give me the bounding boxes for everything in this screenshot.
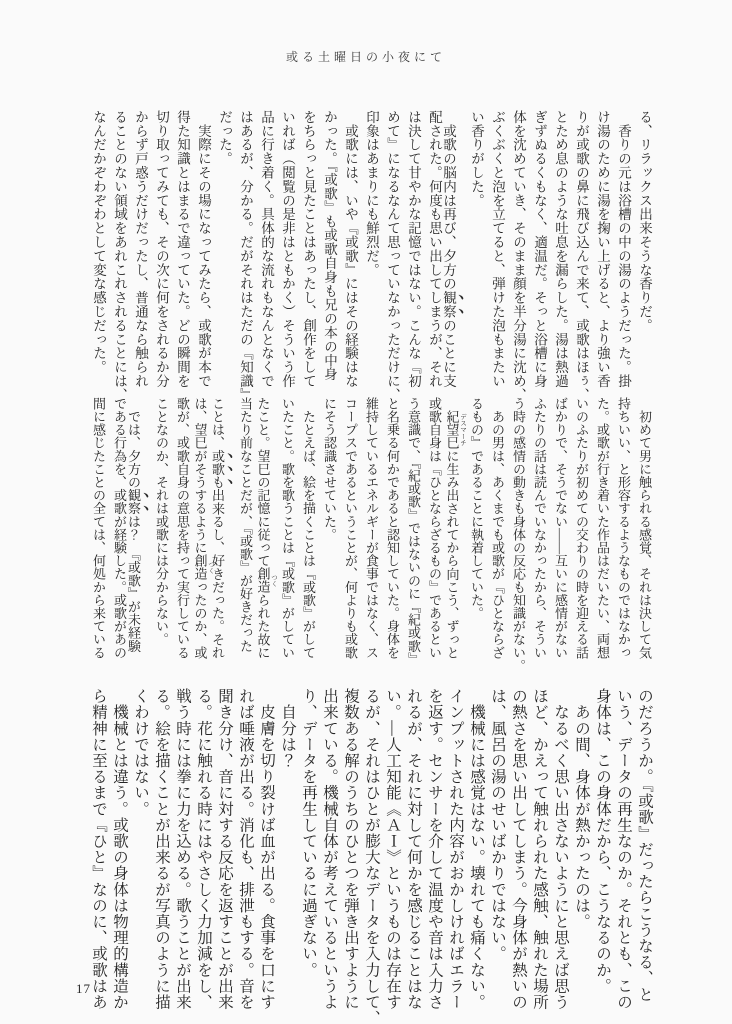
text-column: る。絵を描くことが出来るが写真のように描 [151, 688, 172, 1010]
text-column: たこと。望巳の記憶に従って創造つくられた故に [256, 397, 277, 657]
text-column: 体を沈めていき、そのまま顔を半分湯に沈め、 [508, 110, 529, 388]
text-column: は、風呂の湯のせいばかりではない。 [487, 688, 508, 1010]
text-column: かった。『或歌』も或歌自身も兄の本の中身 [319, 110, 340, 388]
body-text: 印象はあまりにも鮮烈だ。 [364, 110, 379, 277]
emphasized-text: 観察 [126, 489, 141, 515]
body-text: 持ちいい、と形容するようなものではなかっ [616, 397, 631, 659]
body-text: 身体は、この身体だから、こうなるのか。 [594, 688, 611, 994]
text-column: を返す。センサーを介して温度や音は入力さ [424, 688, 445, 1010]
body-text: はあるが、分かる。だがそれはただの『知識』 [238, 110, 253, 402]
text-column: 自分は？ [277, 688, 298, 1010]
text-column: 或歌には、いや『或歌』にはその経験はな [340, 110, 361, 388]
body-text: 品に行き着く。具体的な流れもなんとなくで [259, 110, 274, 388]
text-column: コープスであるということが、何よりも或歌 [340, 397, 361, 657]
emphasized-text: 観察 [441, 291, 456, 319]
body-text: るが、それはひとが膨大なデータを入力して、 [363, 688, 380, 1024]
page-header-title: 或る土曜日の小夜にて [0, 48, 732, 65]
body-text: 出来ている。機械自体が考えているというよ [321, 688, 338, 1010]
body-text: だった。 [217, 110, 232, 166]
body-text: 当たり前なことだが、『或歌』が好きだった [238, 397, 253, 653]
text-column: 紀望巳デスマーチに生み出されてから向こう、ずっと [445, 397, 466, 657]
body-text: のだろうか。『或歌』だったらこうなる、と [636, 688, 653, 1002]
text-column: あの男は、あくまでも或歌が『ひとならざ [487, 397, 508, 657]
body-text: あの間、身体が熱かったのは。 [573, 688, 590, 930]
text-column: からず戸惑うだけだったし、普通なら触られ [130, 110, 151, 388]
text-column: 初めて男に触られる感覚、それは決して気 [634, 397, 655, 657]
body-text: 体を沈めていき、そのまま顔を半分湯に沈め、 [511, 110, 526, 402]
body-text: ることのない領域をあれこれされることには、 [112, 110, 127, 402]
text-column: 或歌の脳内は再び、夕方の観察のことに支 [445, 110, 466, 388]
body-text: のことに支 [441, 319, 456, 389]
body-text: 戦う時には拳に力を込める。歌うことが出来 [174, 688, 191, 1010]
text-column: なるべく思い出さないようにと思えば思う [550, 688, 571, 1010]
text-band-bottom: のだろうか。『或歌』だったらこうなる、という、データの再生なのか。それとも、この… [85, 688, 655, 1010]
emphasized-text: 或歌も [210, 449, 225, 488]
body-text: 切り取ってみても、その次に何をされるか分 [154, 110, 169, 388]
text-column: ことは、或歌も出来るし、好きだった。それ [214, 397, 235, 657]
text-band-top: る、リラックス出来そうな香りだ。 香りの元は浴槽の中の湯のようだった。掛け湯のた… [85, 110, 655, 388]
text-column: け湯のために湯を掬い上げると、より強い香 [592, 110, 613, 388]
body-text: る。花に触れる時にはやさしく力加減をし、 [195, 688, 212, 1010]
text-column: をちらっと見たことはあったし、創作をして [298, 110, 319, 388]
ruby-text: 紀望巳デスマーチ [445, 410, 460, 449]
text-column: いのふたりが初めての交わりの時を迎える話 [571, 397, 592, 657]
body-text: コープスであるということが、何よりも或歌 [343, 397, 358, 659]
body-text: 得た知識とはまるで違っていた。どの瞬間を [175, 110, 190, 388]
text-column: り、データを再生しているに過ぎない。 [298, 688, 319, 1010]
body-text: 複数ある解のうちのひとつを弾き出すように [342, 688, 359, 1010]
body-text: け湯のために湯を掬い上げると、より強い香 [595, 110, 610, 388]
body-text: からず戸惑うだけだったし、普通なら触られ [133, 110, 148, 388]
body-text: 実際にその場になってみたら、或歌が本で [196, 110, 211, 388]
body-text: ことは、 [210, 397, 225, 449]
text-column: る、リラックス出来そうな香りだ。 [634, 110, 655, 388]
text-column: ばかりで、そうでない――互いに感情がない [550, 397, 571, 657]
text-column: のだろうか。『或歌』だったらこうなる、と [634, 688, 655, 1010]
text-column: だった。 [214, 110, 235, 388]
text-column: 戦う時には拳に力を込める。歌うことが出来 [172, 688, 193, 1010]
text-column: た。或歌が行き着いた作品はだいたい、両想 [592, 397, 613, 657]
ruby-text: 創造つく [256, 567, 271, 593]
text-column: 身体は、この身体だから、こうなるのか。 [592, 688, 613, 1010]
body-text: う意識で、『紀或歌』ではないのに『紀或歌』 [406, 397, 421, 666]
text-column: 間に感じたことの全ては、何処から来ている [88, 397, 109, 657]
novel-page: 或る土曜日の小夜にて る、リラックス出来そうな香りだ。 香りの元は浴槽の中の湯の… [0, 0, 732, 1024]
body-text: りが或歌の鼻に飛び込んで来て、或歌はほぅ、 [574, 110, 589, 402]
text-column: 得た知識とはまるで違っていた。どの瞬間を [172, 110, 193, 388]
body-text: たとえば、絵を描くことは『或歌』がして [301, 397, 316, 659]
body-text: は決して甘やかな記憶ではない。こんな『初 [406, 110, 421, 388]
body-text: ぶくぶくと泡を立てると、弾けた泡もまたい [490, 110, 505, 388]
body-text: は？ 『或歌』が未経験 [126, 515, 141, 653]
body-text: ばかりで、そうでない――互いに感情がない [553, 397, 568, 659]
text-column: くわけではない。 [130, 688, 151, 1010]
body-text: とため息のような吐息を漏らした。湯は熱過 [553, 110, 568, 388]
text-column: るもの』であることに執着していた。 [466, 397, 487, 657]
body-text: り、データを再生しているに過ぎない。 [300, 688, 317, 978]
body-text: ほど、かえって触れられた感触、触れた場所 [531, 688, 548, 1010]
text-column: はあるが、分かる。だがそれはただの『知識』 [235, 110, 256, 388]
body-text: る、リラックス出来そうな香りだ。 [637, 110, 652, 332]
text-column: ことなのか、それは或歌には分からない。 [151, 397, 172, 657]
body-text: 初めて男に触られる感覚、それは決して気 [637, 397, 652, 659]
text-column: ぎずぬるくもなく、適温だ。そっと浴槽に身 [529, 110, 550, 388]
text-column: れば唾液が出る。消化も、排泄もする。音を [235, 688, 256, 1010]
text-column: なんだかぞわぞわとして変な感じだった。 [88, 110, 109, 388]
body-text: るもの』であることに執着していた。 [469, 397, 484, 620]
body-text: 出来るし、好きだった。それ [210, 489, 225, 659]
body-text: たこと。望巳の記憶に従って [256, 397, 271, 567]
text-column: い。―人工知能《ＡＩ》というものは存在す [382, 688, 403, 1010]
text-column: いれば（閲覧の是非はともかく）そういう作 [277, 110, 298, 388]
body-text: いたこと。歌を歌うことは『或歌』がしてい [280, 397, 295, 659]
body-text: 皮膚を切り裂けば血が出る。食事を口にす [258, 688, 275, 1010]
body-text: めて』になるなんて思っていなかっただけに、 [385, 110, 400, 402]
text-column: では、夕方の観察は？ 『或歌』が未経験 [130, 397, 151, 657]
body-text: 間に感じたことの全ては、何処から来ている [91, 397, 106, 659]
text-column: れるが、それに対して何かを感じることはな [403, 688, 424, 1010]
text-column: 香りの元は浴槽の中の湯のようだった。掛 [613, 110, 634, 388]
text-column: 複数ある解のうちのひとつを弾き出すように [340, 688, 361, 1010]
body-text: ったのか、或 [193, 580, 208, 659]
body-text: あの男は、あくまでも或歌が『ひとならざ [490, 397, 505, 659]
text-column: 機械とは違う。或歌の身体は物理的構造か [109, 688, 130, 1010]
body-text: の熱さを思い出してしまう。今身体が熱いの [510, 688, 527, 1010]
body-text: は、風呂の湯のせいばかりではない。 [489, 688, 506, 962]
body-text: れるが、それに対して何かを感じることはな [405, 688, 422, 1010]
body-text: ら精神に至るまで『ひと』なのに、或歌はあ [90, 688, 107, 1010]
body-text: いのふたりが初めての交わりの時を迎える話 [574, 397, 589, 659]
body-text: いれば（閲覧の是非はともかく）そういう作 [280, 110, 295, 388]
body-text: 聞き分け、音に対する反応を返すことが出来 [216, 688, 233, 1010]
text-column: う意識で、『紀或歌』ではないのに『紀或歌』 [403, 397, 424, 657]
text-column: 品に行き着く。具体的な流れもなんとなくで [256, 110, 277, 388]
body-text: い。―人工知能《ＡＩ》というものは存在す [384, 688, 401, 1010]
text-column: インプットされた内容がおかしければエラー [445, 688, 466, 1010]
text-column: ら精神に至るまで『ひと』なのに、或歌はあ [88, 688, 109, 1010]
body-text: た。或歌が行き着いた作品はだいたい、両想 [595, 397, 610, 659]
body-text: 機械には感覚はない。壊れても痛くない。 [468, 688, 485, 1010]
text-column: 維持しているエネルギーが食事ではなく、ス [361, 397, 382, 657]
body-text: くわけではない。 [132, 688, 149, 817]
body-text: に生み出されてから向こう、ずっと [445, 449, 460, 659]
body-text: にそう認識させていた。 [322, 397, 337, 541]
text-column: う時の感情の動きも身体の反応も知識がない。 [508, 397, 529, 657]
body-text: かった。『或歌』も或歌自身も兄の本の中身 [322, 110, 337, 381]
text-column: たとえば、絵を描くことは『或歌』がして [298, 397, 319, 657]
text-column: ることのない領域をあれこれされることには、 [109, 110, 130, 388]
body-text: 或歌の脳内は再び、夕方の [441, 110, 456, 291]
body-text: と名乗る何かであると認知していた。身体を [385, 397, 400, 659]
body-text: い香りがした。 [469, 110, 484, 207]
text-column: いたこと。歌を歌うことは『或歌』がしてい [277, 397, 298, 657]
text-column: 印象はあまりにも鮮烈だ。 [361, 110, 382, 388]
text-column: ぶくぶくと泡を立てると、弾けた泡もまたい [487, 110, 508, 388]
text-column: は決して甘やかな記憶ではない。こんな『初 [403, 110, 424, 388]
text-column: 持ちいい、と形容するようなものではなかっ [613, 397, 634, 657]
body-text: いう、データの再生なのか。それとも、この [615, 688, 632, 1010]
body-text: は、望巳がそうするように [193, 397, 208, 554]
text-column: ほど、かえって触れられた感触、触れた場所 [529, 688, 550, 1010]
text-band-middle: 初めて男に触られる感覚、それは決して気持ちいい、と形容するようなものではなかった… [85, 397, 655, 657]
page-number: 17 [76, 981, 91, 997]
text-column: 出来ている。機械自体が考えているというよ [319, 688, 340, 1010]
body-text: 機械とは違う。或歌の身体は物理的構造か [111, 688, 128, 1010]
text-column: めて』になるなんて思っていなかっただけに、 [382, 110, 403, 388]
text-column: る。花に触れる時にはやさしく力加減をし、 [193, 688, 214, 1010]
text-column: 聞き分け、音に対する反応を返すことが出来 [214, 688, 235, 1010]
body-text: ことなのか、それは或歌には分からない。 [154, 397, 169, 646]
body-text: インプットされた内容がおかしければエラー [447, 688, 464, 1010]
body-text: れば唾液が出る。消化も、排泄もする。音を [237, 688, 254, 1010]
body-text: なるべく思い出さないようにと思えば思う [552, 688, 569, 1010]
body-text: をちらっと見たことはあったし、創作をして [301, 110, 316, 388]
text-column: あの間、身体が熱かったのは。 [571, 688, 592, 1010]
body-text: なんだかぞわぞわとして変な感じだった。 [91, 110, 106, 374]
body-text [445, 397, 460, 410]
body-text: ぎずぬるくもなく、適温だ。そっと浴槽に身 [532, 110, 547, 388]
body-text: る。絵を描くことが出来るが写真のように描 [153, 688, 170, 1010]
body-text: 自分は？ [279, 688, 296, 769]
text-column: 皮膚を切り裂けば血が出る。食事を口にす [256, 688, 277, 1010]
body-text: 香りの元は浴槽の中の湯のようだった。掛 [616, 110, 631, 388]
text-column: の熱さを思い出してしまう。今身体が熱いの [508, 688, 529, 1010]
body-text: 或歌には、いや『或歌』にはその経験はな [343, 110, 358, 388]
body-text: を返す。センサーを介して温度や音は入力さ [426, 688, 443, 1010]
text-column: 機械には感覚はない。壊れても痛くない。 [466, 688, 487, 1010]
ruby-text: 創造つく [193, 554, 208, 580]
body-text: 或歌自身は『ひとならざるもの』であるとい [427, 397, 442, 659]
text-column: とため息のような吐息を漏らした。湯は熱過 [550, 110, 571, 388]
text-column: るが、それはひとが膨大なデータを入力して、 [361, 688, 382, 1010]
text-column: いう、データの再生なのか。それとも、この [613, 688, 634, 1010]
body-text: では、夕方の [126, 397, 141, 489]
text-column: い香りがした。 [466, 110, 487, 388]
body-text: 歌が、或歌自身の意思を持って実行している [175, 397, 190, 659]
text-column: りが或歌の鼻に飛び込んで来て、或歌はほぅ、 [571, 110, 592, 388]
text-column: 切り取ってみても、その次に何をされるか分 [151, 110, 172, 388]
text-column: にそう認識させていた。 [319, 397, 340, 657]
body-text: られた故に [256, 594, 271, 660]
body-text: 維持しているエネルギーが食事ではなく、ス [364, 397, 379, 659]
body-text: う時の感情の動きも身体の反応も知識がない。 [511, 397, 526, 672]
text-column: 実際にその場になってみたら、或歌が本で [193, 110, 214, 388]
body-text: ふたりの話は読んでいなかったから、そうい [532, 397, 547, 659]
text-column: と名乗る何かであると認知していた。身体を [382, 397, 403, 657]
text-column: ふたりの話は読んでいなかったから、そうい [529, 397, 550, 657]
